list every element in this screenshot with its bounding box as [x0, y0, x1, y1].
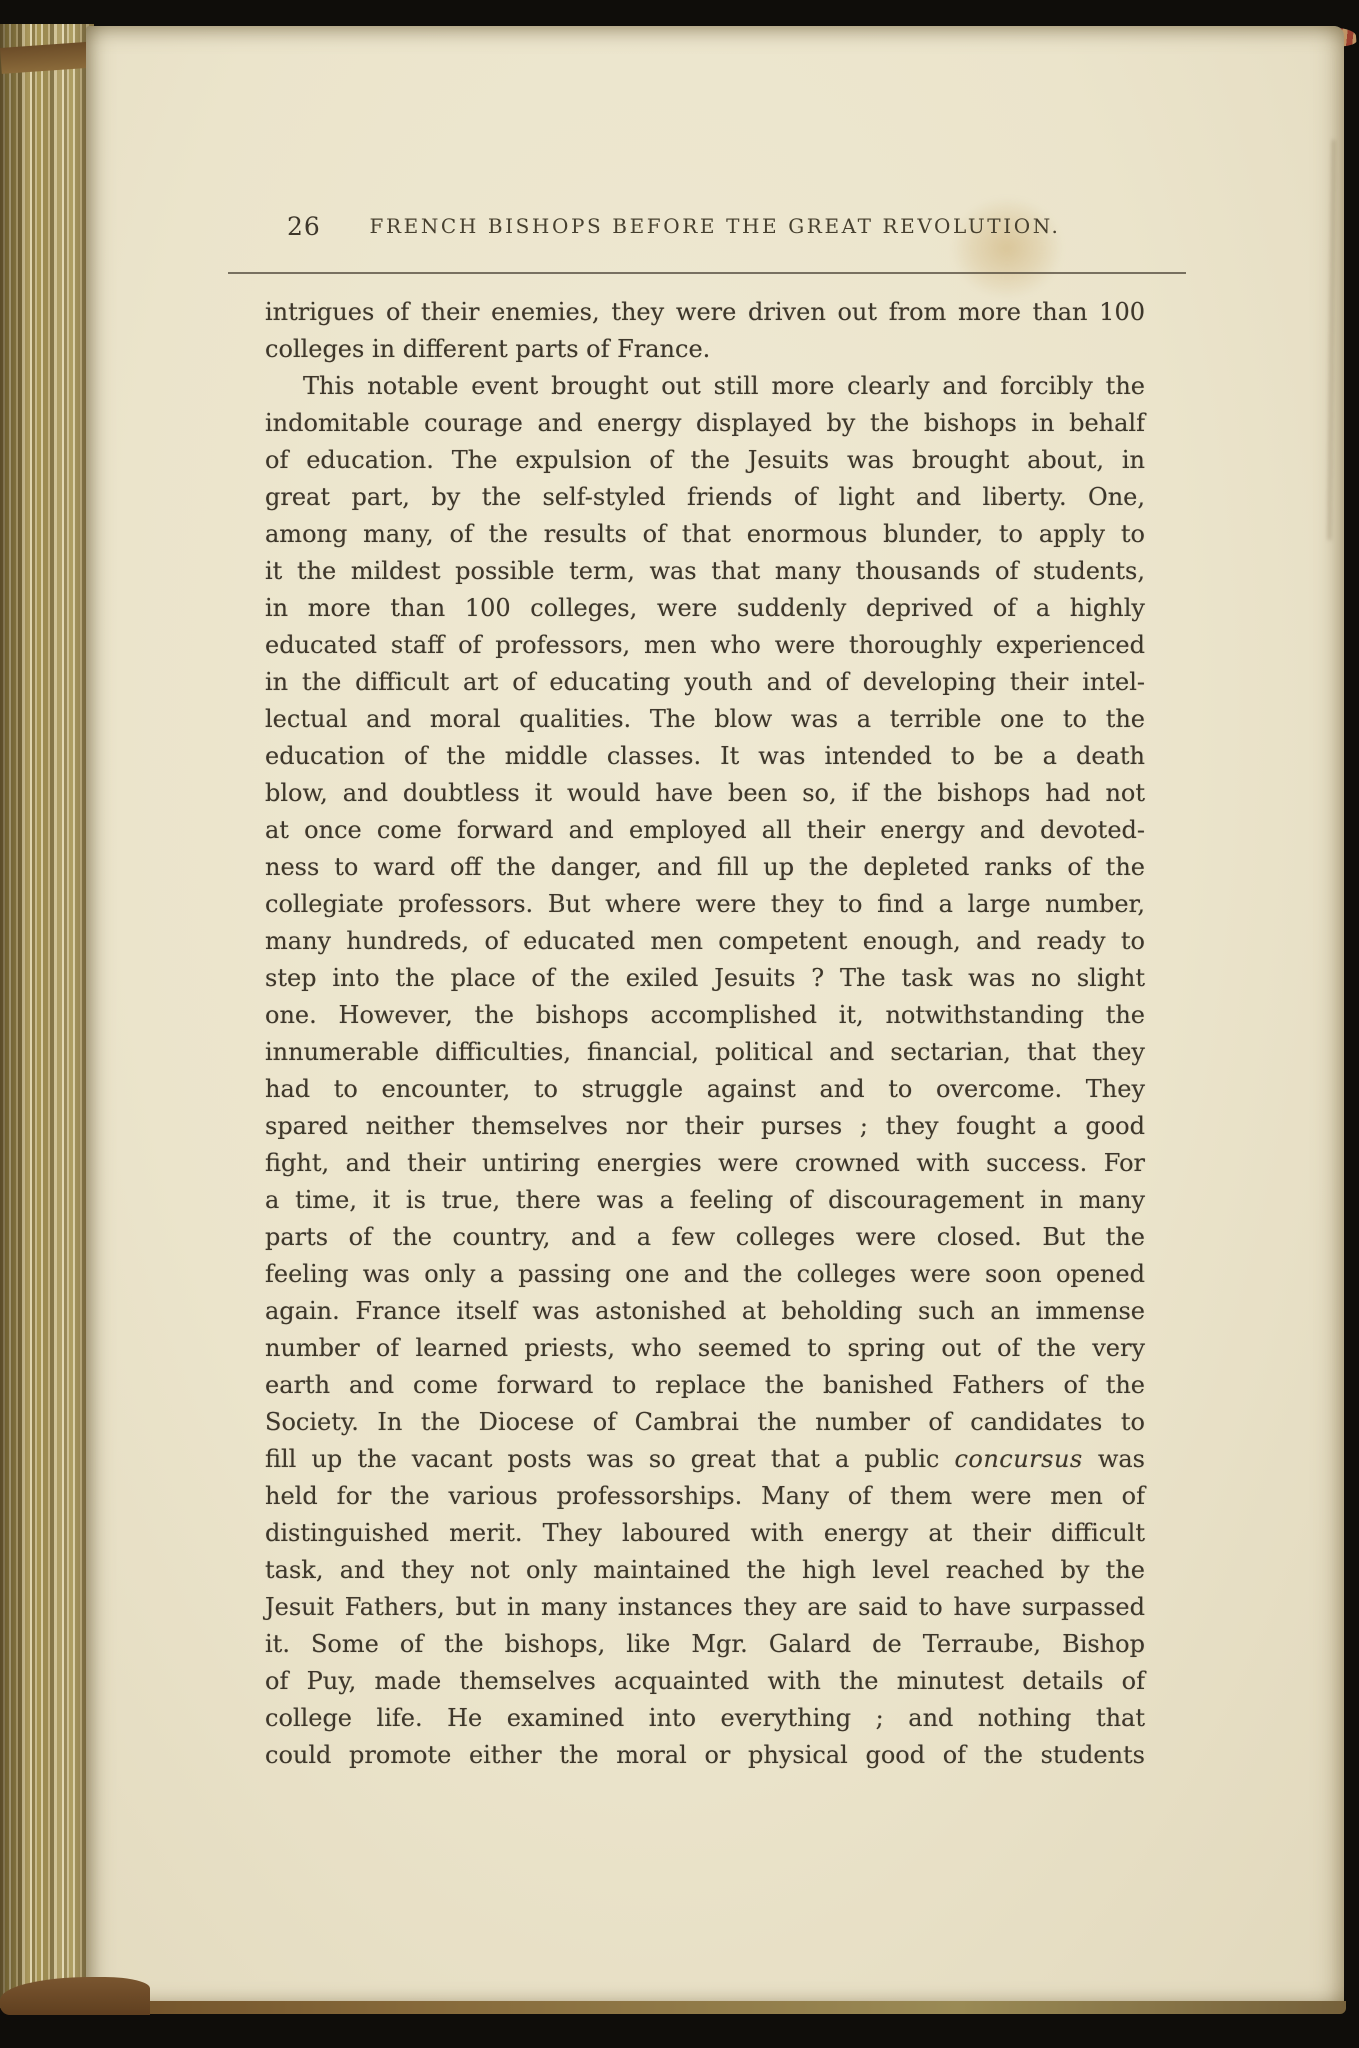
- text-line: fight, and their untiring energies were …: [265, 1145, 1145, 1182]
- text-line: number of learned priests, who seemed to…: [265, 1330, 1145, 1367]
- text-line: ness to ward off the danger, and fill up…: [265, 849, 1145, 886]
- text-line: blow, and doubtless it would have been s…: [265, 775, 1145, 812]
- text-line: it the mildest possible term, was that m…: [265, 553, 1145, 590]
- book-cover-bottom-edge: [58, 2001, 1346, 2014]
- text-line: had to encounter, to struggle against an…: [265, 1071, 1145, 1108]
- text-line: parts of the country, and a few colleges…: [265, 1219, 1145, 1256]
- text-line: Jesuit Fathers, but in many instances th…: [265, 1589, 1145, 1626]
- running-header: FRENCH BISHOPS BEFORE THE GREAT REVOLUTI…: [265, 214, 1145, 238]
- page-header: 26 FRENCH BISHOPS BEFORE THE GREAT REVOL…: [265, 212, 1145, 246]
- text-line: in the difficult art of educating youth …: [265, 664, 1145, 701]
- italic-term: concursus: [954, 1445, 1082, 1473]
- text-line: again. France itself was astonished at b…: [265, 1293, 1145, 1330]
- text-line: collegiate professors. But where were th…: [265, 886, 1145, 923]
- text-line: step into the place of the exiled Jesuit…: [265, 960, 1145, 997]
- book-scan: 26 FRENCH BISHOPS BEFORE THE GREAT REVOL…: [0, 0, 1359, 2048]
- text-line: education of the middle classes. It was …: [265, 738, 1145, 775]
- text-line: intrigues of their enemies, they were dr…: [265, 294, 1145, 331]
- text-line: colleges in different parts of France.: [265, 331, 1145, 368]
- text-line: lectual and moral qualities. The blow wa…: [265, 701, 1145, 738]
- text-line: This notable event brought out still mor…: [265, 368, 1145, 405]
- text-line: great part, by the self-styled friends o…: [265, 479, 1145, 516]
- text-line: a time, it is true, there was a feeling …: [265, 1182, 1145, 1219]
- text-line: earth and come forward to replace the ba…: [265, 1367, 1145, 1404]
- text-line: of Puy, made themselves acquainted with …: [265, 1663, 1145, 1700]
- text-line: many hundreds, of educated men competent…: [265, 923, 1145, 960]
- text-line: held for the various professorships. Man…: [265, 1478, 1145, 1515]
- text-line: spared neither themselves nor their purs…: [265, 1108, 1145, 1145]
- text-line: at once come forward and employed all th…: [265, 812, 1145, 849]
- text-line: college life. He examined into everythin…: [265, 1700, 1145, 1737]
- text-line: innumerable difficulties, financial, pol…: [265, 1034, 1145, 1071]
- body-text: intrigues of their enemies, they were dr…: [265, 294, 1145, 1774]
- header-rule: [228, 272, 1186, 274]
- text-line: among many, of the results of that enorm…: [265, 516, 1145, 553]
- book-page-edges: [0, 24, 94, 2008]
- text-line: distinguished merit. They laboured with …: [265, 1515, 1145, 1552]
- text-line: Society. In the Diocese of Cambrai the n…: [265, 1404, 1145, 1441]
- text-line: one. However, the bishops accomplished i…: [265, 997, 1145, 1034]
- text-line: indomitable courage and energy displayed…: [265, 405, 1145, 442]
- text-line: task, and they not only maintained the h…: [265, 1552, 1145, 1589]
- text-line: in more than 100 colleges, were suddenly…: [265, 590, 1145, 627]
- text-line: feeling was only a passing one and the c…: [265, 1256, 1145, 1293]
- text-line: of education. The expulsion of the Jesui…: [265, 442, 1145, 479]
- text-line: could promote either the moral or physic…: [265, 1737, 1145, 1774]
- text-line: fill up the vacant posts was so great th…: [265, 1441, 1145, 1478]
- text-line: it. Some of the bishops, like Mgr. Galar…: [265, 1626, 1145, 1663]
- text-line: educated staff of professors, men who we…: [265, 627, 1145, 664]
